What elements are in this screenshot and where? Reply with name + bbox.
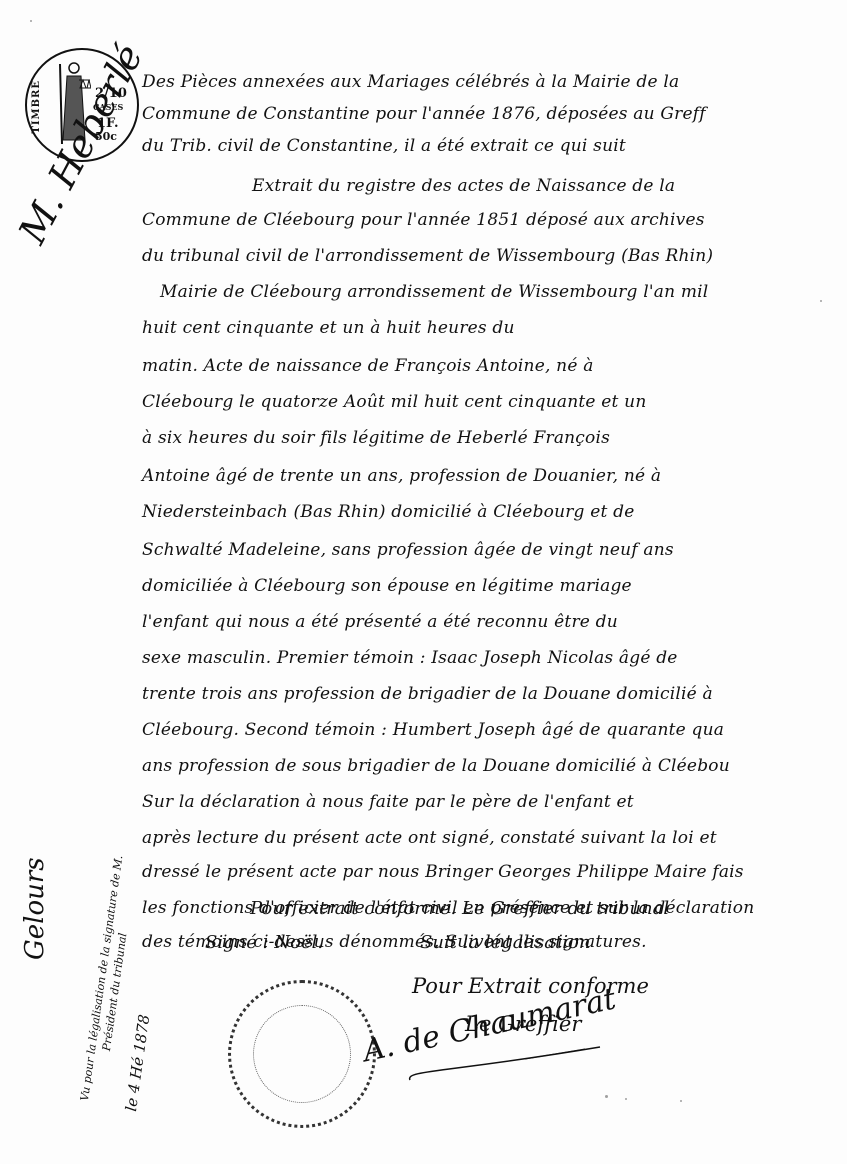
tax-stamp-label: TIMBRE: [31, 80, 42, 134]
body-line: du Trib. civil de Constantine, il a été …: [142, 136, 626, 156]
body-line: Cléebourg. Second témoin : Humbert Josep…: [142, 720, 724, 740]
body-line: du tribunal civil de l'arrondissement de…: [142, 246, 713, 266]
body-line: à six heures du soir fils légitime de He…: [142, 428, 610, 448]
body-line: Des Pièces annexées aux Mariages célébré…: [142, 72, 679, 92]
extract-heading: Extrait du registre des actes de Naissan…: [252, 176, 675, 196]
body-line: ans profession de sous brigadier de la D…: [142, 756, 730, 776]
margin-note-date: le 4 Hé 1878: [122, 1013, 153, 1112]
body-line: Commune de Cléebourg pour l'année 1851 d…: [142, 210, 705, 230]
signature-flourish-icon: [405, 1045, 605, 1085]
body-line: l'enfant qui nous a été présenté a été r…: [142, 612, 618, 632]
body-line: Sur la déclaration à nous faite par le p…: [142, 792, 634, 812]
closing-signed: Signé : Noël.: [205, 932, 323, 953]
body-line: huit cent cinquante et un à huit heures …: [142, 318, 515, 338]
body-line: Niedersteinbach (Bas Rhin) domicilié à C…: [142, 502, 635, 522]
body-line: dressé le présent acte par nous Bringer …: [142, 862, 744, 882]
body-line: trente trois ans profession de brigadier…: [142, 684, 713, 704]
body-line: matin. Acte de naissance de François Ant…: [142, 356, 594, 376]
body-line: Commune de Constantine pour l'année 1876…: [142, 104, 706, 124]
body-line: Mairie de Cléebourg arrondissement de Wi…: [160, 282, 708, 302]
body-line: Antoine âgé de trente un ans, profession…: [142, 466, 661, 486]
closing-conforme: Pour extrait conforme. Le Greffier du tr…: [250, 898, 669, 919]
scan-speck: [625, 1098, 627, 1100]
body-line: Cléebourg le quatorze Août mil huit cent…: [142, 392, 646, 412]
document-page: TIMBRE 2/10 CASES 1F. 50c M. Heberlé Vu …: [0, 0, 847, 1164]
body-line: domiciliée à Cléebourg son épouse en lég…: [142, 576, 632, 596]
scan-speck: [30, 20, 32, 22]
scan-speck: [680, 1100, 682, 1102]
body-line: sexe masculin. Premier témoin : Isaac Jo…: [142, 648, 678, 668]
body-line: Schwalté Madeleine, sans profession âgée…: [142, 540, 674, 560]
closing-legalisation: Suit la légalisation: [420, 932, 590, 953]
scan-speck: [820, 300, 822, 302]
margin-signature: Gelours: [20, 857, 50, 960]
scan-speck: [605, 1095, 608, 1098]
body-line: après lecture du présent acte ont signé,…: [142, 828, 717, 848]
official-seal: [228, 980, 376, 1128]
